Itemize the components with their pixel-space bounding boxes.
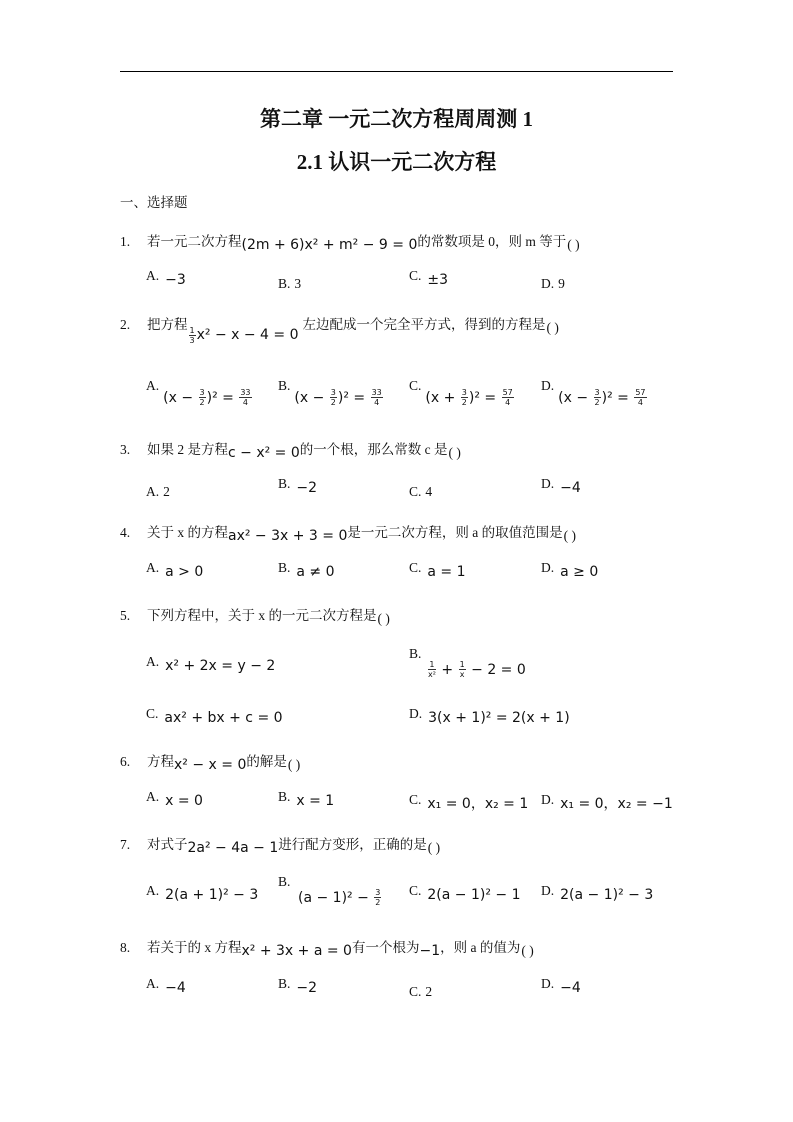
option-value: −4 [165, 980, 186, 996]
option-value: 2(a + 1)² − 3 [165, 887, 258, 903]
answer-blank[interactable]: ( ) [521, 943, 533, 958]
question-8: 8.若关于的 x 方程x² + 3x + a = 0有一个根为−1，则 a 的值… [120, 936, 534, 956]
option-value: a ≥ 0 [560, 564, 598, 580]
option-value: x² + 2x = y − 2 [165, 658, 275, 674]
option-label: D. [541, 476, 554, 491]
option-label: A. [146, 268, 159, 283]
option-value: a ≠ 0 [296, 564, 334, 580]
option-label: D. [541, 378, 554, 393]
question-text: 若关于的 x 方程 [147, 940, 242, 955]
option-d[interactable]: D.9 [541, 276, 565, 292]
option-label: B. [278, 276, 290, 291]
option-label: B. [278, 476, 290, 491]
option-label: C. [409, 883, 421, 898]
option-label: C. [409, 378, 421, 393]
option-label: D. [541, 560, 554, 575]
option-d[interactable]: D.2(a − 1)² − 3 [541, 887, 653, 903]
option-value: 1x² + 1x − 2 = 0 [427, 662, 526, 678]
option-b[interactable]: B.x = 1 [278, 793, 334, 809]
option-value: −2 [296, 980, 317, 996]
option-value: 3(x + 1)² = 2(x + 1) [428, 710, 570, 726]
option-label: D. [541, 792, 554, 807]
option-c[interactable]: C.±3 [409, 272, 448, 288]
option-value: (x + 32)² = 574 [425, 390, 514, 406]
option-d[interactable]: D.−4 [541, 980, 581, 996]
option-value: 2(a − 1)² − 1 [427, 887, 520, 903]
option-value: x₁ = 0，x₂ = 1 [427, 796, 528, 812]
question-math: ax² − 3x + 3 = 0 [228, 528, 347, 544]
option-d[interactable]: D.−4 [541, 480, 581, 496]
option-b[interactable]: B.−2 [278, 980, 317, 996]
answer-blank[interactable]: ( ) [449, 445, 461, 460]
question-5: 5.下列方程中，关于 x 的一元二次方程是( ) [120, 604, 390, 624]
option-c[interactable]: C.4 [409, 484, 432, 500]
option-label: D. [541, 883, 554, 898]
question-math: 13x² − x − 4 = 0 [188, 327, 299, 343]
option-label: A. [146, 789, 159, 804]
option-value: 9 [558, 276, 565, 291]
question-text: 是一元二次方程，则 a 的取值范围是 [347, 525, 562, 540]
option-d[interactable]: D.3(x + 1)² = 2(x + 1) [409, 710, 570, 726]
option-label: C. [409, 268, 421, 283]
option-a[interactable]: A.−4 [146, 980, 186, 996]
option-value: ax² + bx + c = 0 [164, 710, 282, 726]
option-label: B. [278, 874, 290, 889]
option-a[interactable]: A.a > 0 [146, 564, 203, 580]
answer-blank[interactable]: ( ) [546, 320, 558, 335]
answer-blank[interactable]: ( ) [567, 237, 579, 252]
option-label: D. [541, 976, 554, 991]
question-math: c − x² = 0 [228, 445, 300, 461]
question-text: 若一元二次方程 [147, 234, 242, 249]
option-label: B. [409, 646, 421, 661]
question-text: 如果 2 是方程 [147, 442, 228, 457]
question-6: 6.方程x² − x = 0的解是( ) [120, 750, 300, 770]
option-label: B. [278, 789, 290, 804]
option-a[interactable]: A.−3 [146, 272, 186, 288]
option-label: A. [146, 378, 159, 393]
question-text: 关于 x 的方程 [147, 525, 228, 540]
question-math: 2a² − 4a − 1 [188, 840, 279, 856]
question-number: 7. [120, 837, 147, 853]
option-a[interactable]: A.2 [146, 484, 170, 500]
option-value: −2 [296, 480, 317, 496]
option-c[interactable]: C.ax² + bx + c = 0 [146, 710, 283, 726]
answer-blank[interactable]: ( ) [564, 528, 576, 543]
option-value: 3 [294, 276, 301, 291]
option-label: A. [146, 560, 159, 575]
option-a[interactable]: A.(x − 32)² = 334 [146, 376, 253, 395]
option-a[interactable]: A.x = 0 [146, 793, 203, 809]
option-label: C. [409, 560, 421, 575]
question-text: ，则 a 的值为 [440, 940, 520, 955]
option-c[interactable]: C.(x + 32)² = 574 [409, 376, 515, 395]
option-value: −4 [560, 980, 581, 996]
section-heading: 一、选择题 [120, 191, 188, 211]
option-label: B. [278, 976, 290, 991]
answer-blank[interactable]: ( ) [428, 840, 440, 855]
option-value: (x − 32)² = 334 [163, 390, 252, 406]
option-b[interactable]: B.(x − 32)² = 334 [278, 376, 384, 395]
question-text: 对式子 [147, 837, 188, 852]
question-3: 3.如果 2 是方程c − x² = 0的一个根，那么常数 c 是( ) [120, 438, 461, 458]
question-number: 5. [120, 608, 147, 624]
question-number: 3. [120, 442, 147, 458]
option-b[interactable]: B.−2 [278, 480, 317, 496]
page-subtitle: 2.1 认识一元二次方程 [0, 146, 793, 176]
option-label: A. [146, 484, 159, 499]
option-value: (x − 32)² = 574 [558, 390, 647, 406]
option-value: (a − 1)² − 32 [298, 890, 382, 906]
question-text: 进行配方变形，正确的是 [278, 837, 427, 852]
question-text: 有一个根为 [352, 940, 420, 955]
option-b[interactable]: B.1x² + 1x − 2 = 0 [409, 646, 508, 681]
option-b[interactable]: B.(a − 1)² − 32 [278, 874, 362, 909]
fraction: 13 [189, 326, 196, 345]
option-label: C. [409, 484, 421, 499]
question-number: 6. [120, 754, 147, 770]
option-value: a > 0 [165, 564, 203, 580]
question-7: 7.对式子2a² − 4a − 1进行配方变形，正确的是( ) [120, 833, 440, 853]
option-value: 2 [425, 984, 432, 999]
question-math: x² + 3x + a = 0 [242, 943, 352, 959]
option-c[interactable]: C.2 [409, 984, 432, 1000]
question-math: −1 [419, 943, 440, 959]
question-text: 的解是 [246, 754, 287, 769]
option-b[interactable]: B.3 [278, 276, 301, 292]
option-label: D. [409, 706, 422, 721]
option-a[interactable]: A.2(a + 1)² − 3 [146, 887, 258, 903]
question-1: 1.若一元二次方程(2m + 6)x² + m² − 9 = 0的常数项是 0，… [120, 230, 580, 250]
option-label: A. [146, 654, 159, 669]
option-label: B. [278, 378, 290, 393]
question-math: x² − x = 0 [174, 757, 246, 773]
option-label: A. [146, 883, 159, 898]
option-value: 4 [425, 484, 432, 499]
option-value: ±3 [427, 272, 448, 288]
question-text: 的一个根，那么常数 c 是 [300, 442, 448, 457]
option-label: A. [146, 976, 159, 991]
question-number: 4. [120, 525, 147, 541]
header-rule [120, 71, 673, 72]
option-c[interactable]: C.x₁ = 0，x₂ = 1 [409, 793, 528, 813]
option-value: x = 1 [296, 793, 334, 809]
answer-blank[interactable]: ( ) [378, 611, 390, 626]
option-value: −4 [560, 480, 581, 496]
question-text: 左边配成一个完全平方式，得到的方程是 [302, 317, 545, 332]
option-label: B. [278, 560, 290, 575]
page-title: 第二章 一元二次方程周周测 1 [0, 103, 793, 133]
question-text: 下列方程中，关于 x 的一元二次方程是 [147, 608, 377, 623]
option-b[interactable]: B.a ≠ 0 [278, 564, 335, 580]
option-value: a = 1 [427, 564, 465, 580]
option-label: C. [409, 792, 421, 807]
option-d[interactable]: D.(x − 32)² = 574 [541, 376, 648, 395]
question-text: 把方程 [147, 317, 188, 332]
option-value: x = 0 [165, 793, 203, 809]
option-c[interactable]: C.2(a − 1)² − 1 [409, 887, 521, 903]
option-a[interactable]: A.x² + 2x = y − 2 [146, 658, 275, 674]
option-value: (x − 32)² = 334 [294, 390, 383, 406]
question-number: 2. [120, 317, 147, 333]
question-number: 1. [120, 234, 147, 250]
option-label: D. [541, 276, 554, 291]
question-4: 4.关于 x 的方程ax² − 3x + 3 = 0是一元二次方程，则 a 的取… [120, 521, 576, 541]
question-text: 的常数项是 0，则 m 等于 [417, 234, 566, 249]
option-value: 2(a − 1)² − 3 [560, 887, 653, 903]
option-d[interactable]: D.x₁ = 0，x₂ = −1 [541, 793, 673, 813]
option-value: x₁ = 0，x₂ = −1 [560, 796, 673, 812]
option-label: C. [146, 706, 158, 721]
question-2: 2.把方程13x² − x − 4 = 0左边配成一个完全平方式，得到的方程是(… [120, 313, 559, 335]
option-value: 2 [163, 484, 170, 499]
question-number: 8. [120, 940, 147, 956]
option-value: −3 [165, 272, 186, 288]
question-text: 方程 [147, 754, 174, 769]
answer-blank[interactable]: ( ) [288, 757, 300, 772]
option-c[interactable]: C.a = 1 [409, 564, 466, 580]
option-d[interactable]: D.a ≥ 0 [541, 564, 598, 580]
question-math: (2m + 6)x² + m² − 9 = 0 [242, 237, 418, 253]
option-label: C. [409, 984, 421, 999]
